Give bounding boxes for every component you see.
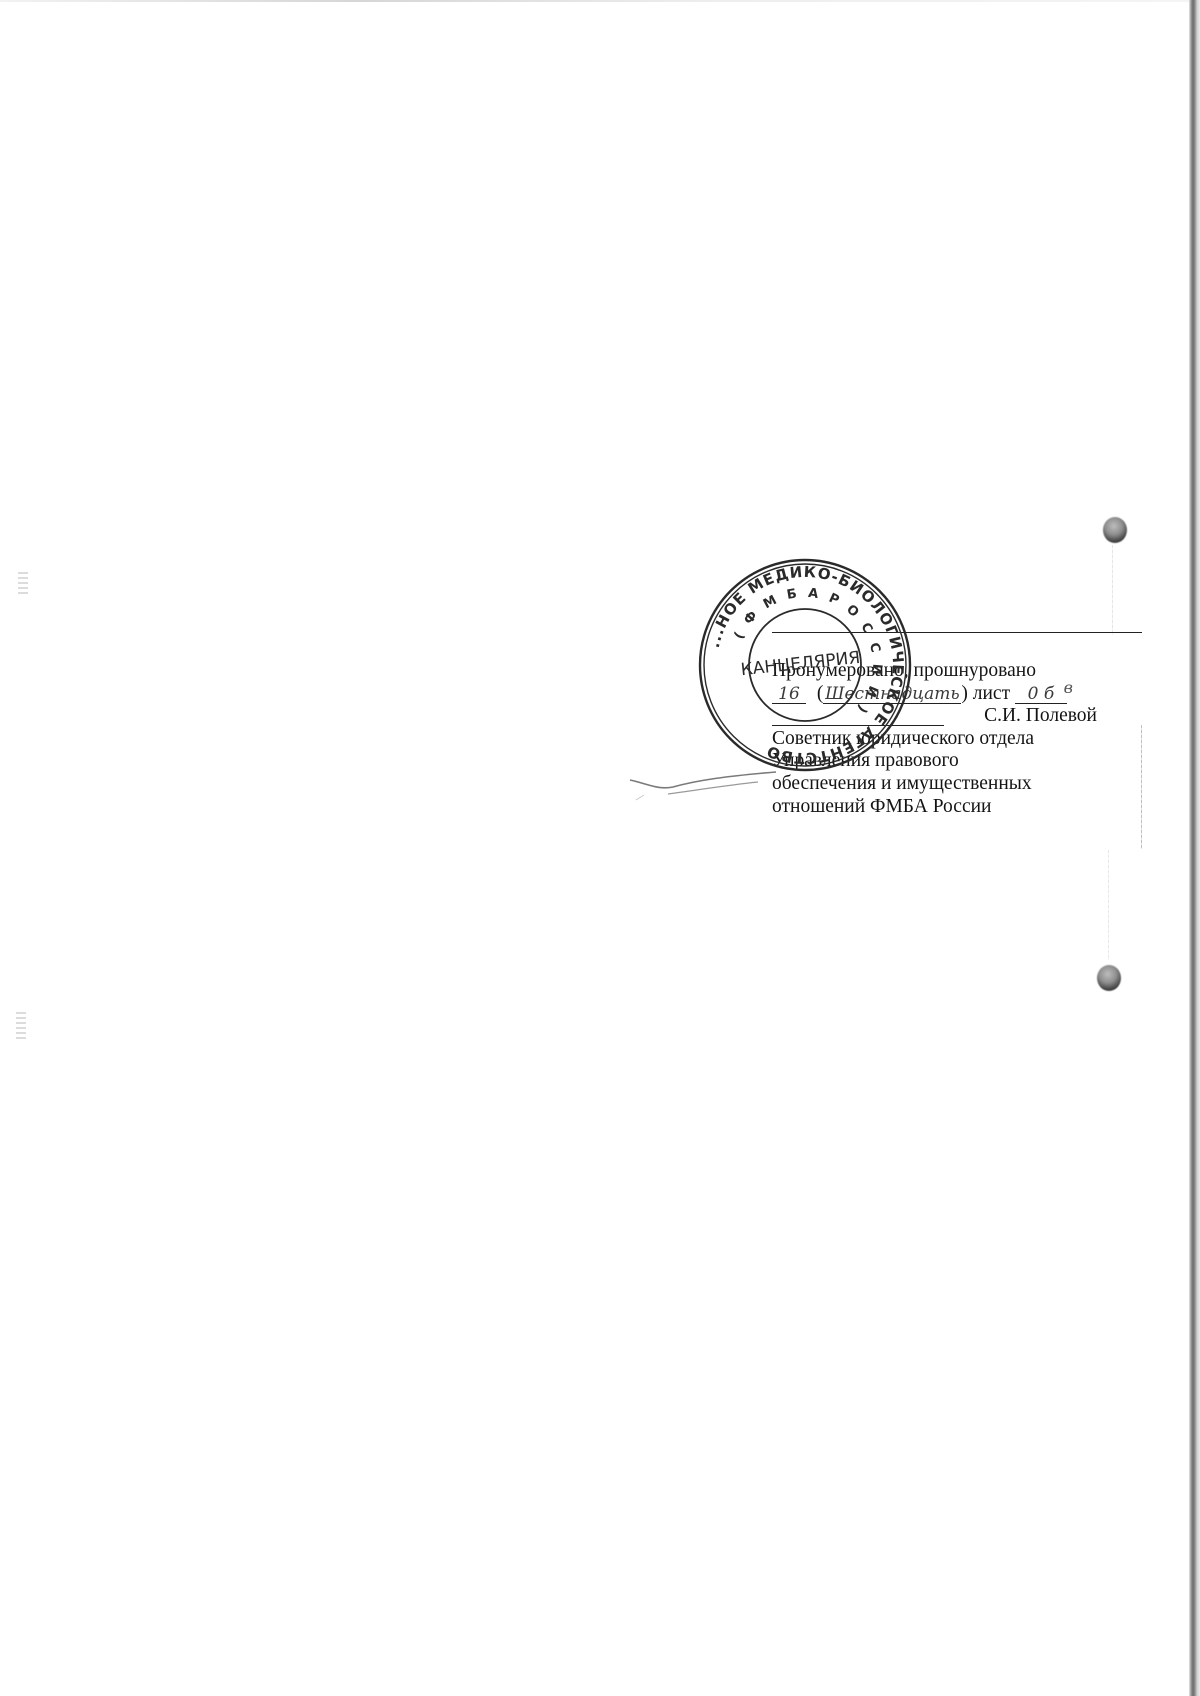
svg-text:( Ф М Б А Р О С С И И ): ( Ф М Б А Р О С С И И ) (732, 586, 885, 718)
signer-name: С.И. Полевой (984, 705, 1097, 726)
binding-hole-icon (1097, 965, 1121, 991)
stamp-inner-text: ( Ф М Б А Р О С С И И ) (732, 586, 885, 718)
stamp-center-text: КАНЦЕЛЯРИЯ (740, 648, 861, 680)
position-text: обеспечения и имущественных (772, 773, 1032, 794)
sheets-label: ) лист (961, 683, 1010, 704)
scan-top-edge (0, 0, 1190, 2)
seal-icon: ...НОЕ МЕДИКО-БИОЛОГИЧЕСКОЕ АГЕНТСТВО ( … (697, 557, 913, 773)
binding-thread (1141, 725, 1142, 849)
scan-artifact (18, 572, 28, 594)
signature-stroke (628, 770, 778, 806)
sheet-overmark: в (1064, 679, 1073, 697)
scan-artifact (16, 1012, 26, 1042)
binding-thread (1112, 545, 1113, 635)
signer-position-line: обеспечения и имущественных (772, 773, 1097, 796)
position-text: отношений ФМБА России (772, 796, 991, 817)
sheet-suffix-text: 0 б (1028, 684, 1055, 704)
binding-hole-icon (1103, 517, 1127, 543)
binding-thread (1108, 850, 1109, 960)
official-seal-stamp: ...НОЕ МЕДИКО-БИОЛОГИЧЕСКОЕ АГЕНТСТВО ( … (697, 557, 913, 773)
document-page: Пронумеровано, прошнуровано 16 (Шестнадц… (0, 0, 1200, 1696)
sheet-suffix: 0 б в (1015, 685, 1067, 704)
signer-position-line: отношений ФМБА России (772, 796, 1097, 819)
binding-edge (1189, 0, 1200, 1696)
